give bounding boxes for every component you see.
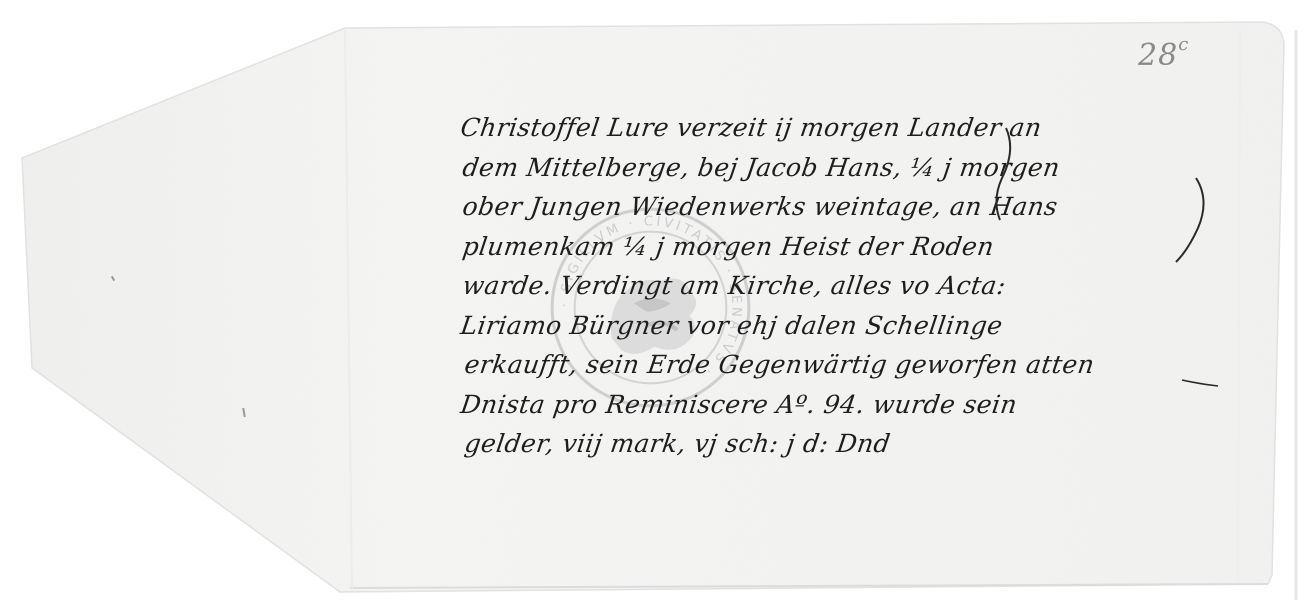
manuscript-line: Christoffel Lure verzeit ij morgen Lande… bbox=[458, 108, 1124, 148]
manuscript-line: erkaufft, sein Erde Gegenwärtig geworfen… bbox=[462, 345, 1124, 385]
handwritten-text-block: Christoffel Lure verzeit ij morgen Lande… bbox=[458, 108, 1118, 464]
scanned-document: · SIGILLVM · CIVITATIS · SENATVS · 28c C… bbox=[0, 0, 1306, 611]
manuscript-line: warde. Verdingt am Kirche, alles vo Acta… bbox=[460, 266, 1124, 306]
manuscript-line: gelder, viij mark, vj sch: j d: Dnd bbox=[462, 424, 1124, 464]
manuscript-line: ober Jungen Wiedenwerks weintage, an Han… bbox=[460, 187, 1124, 227]
manuscript-line: dem Mittelberge, bej Jacob Hans, ¼ j mor… bbox=[460, 148, 1124, 188]
manuscript-line: Dnista pro Reminiscere Aº. 94. wurde sei… bbox=[458, 385, 1124, 425]
manuscript-line: Liriamo Bürgner vor ehj dalen Schellinge bbox=[458, 306, 1124, 346]
folio-suffix: c bbox=[1178, 34, 1189, 55]
folio-number: 28c bbox=[1138, 38, 1189, 73]
manuscript-line: plumenkam ¼ j morgen Heist der Roden bbox=[460, 227, 1124, 267]
